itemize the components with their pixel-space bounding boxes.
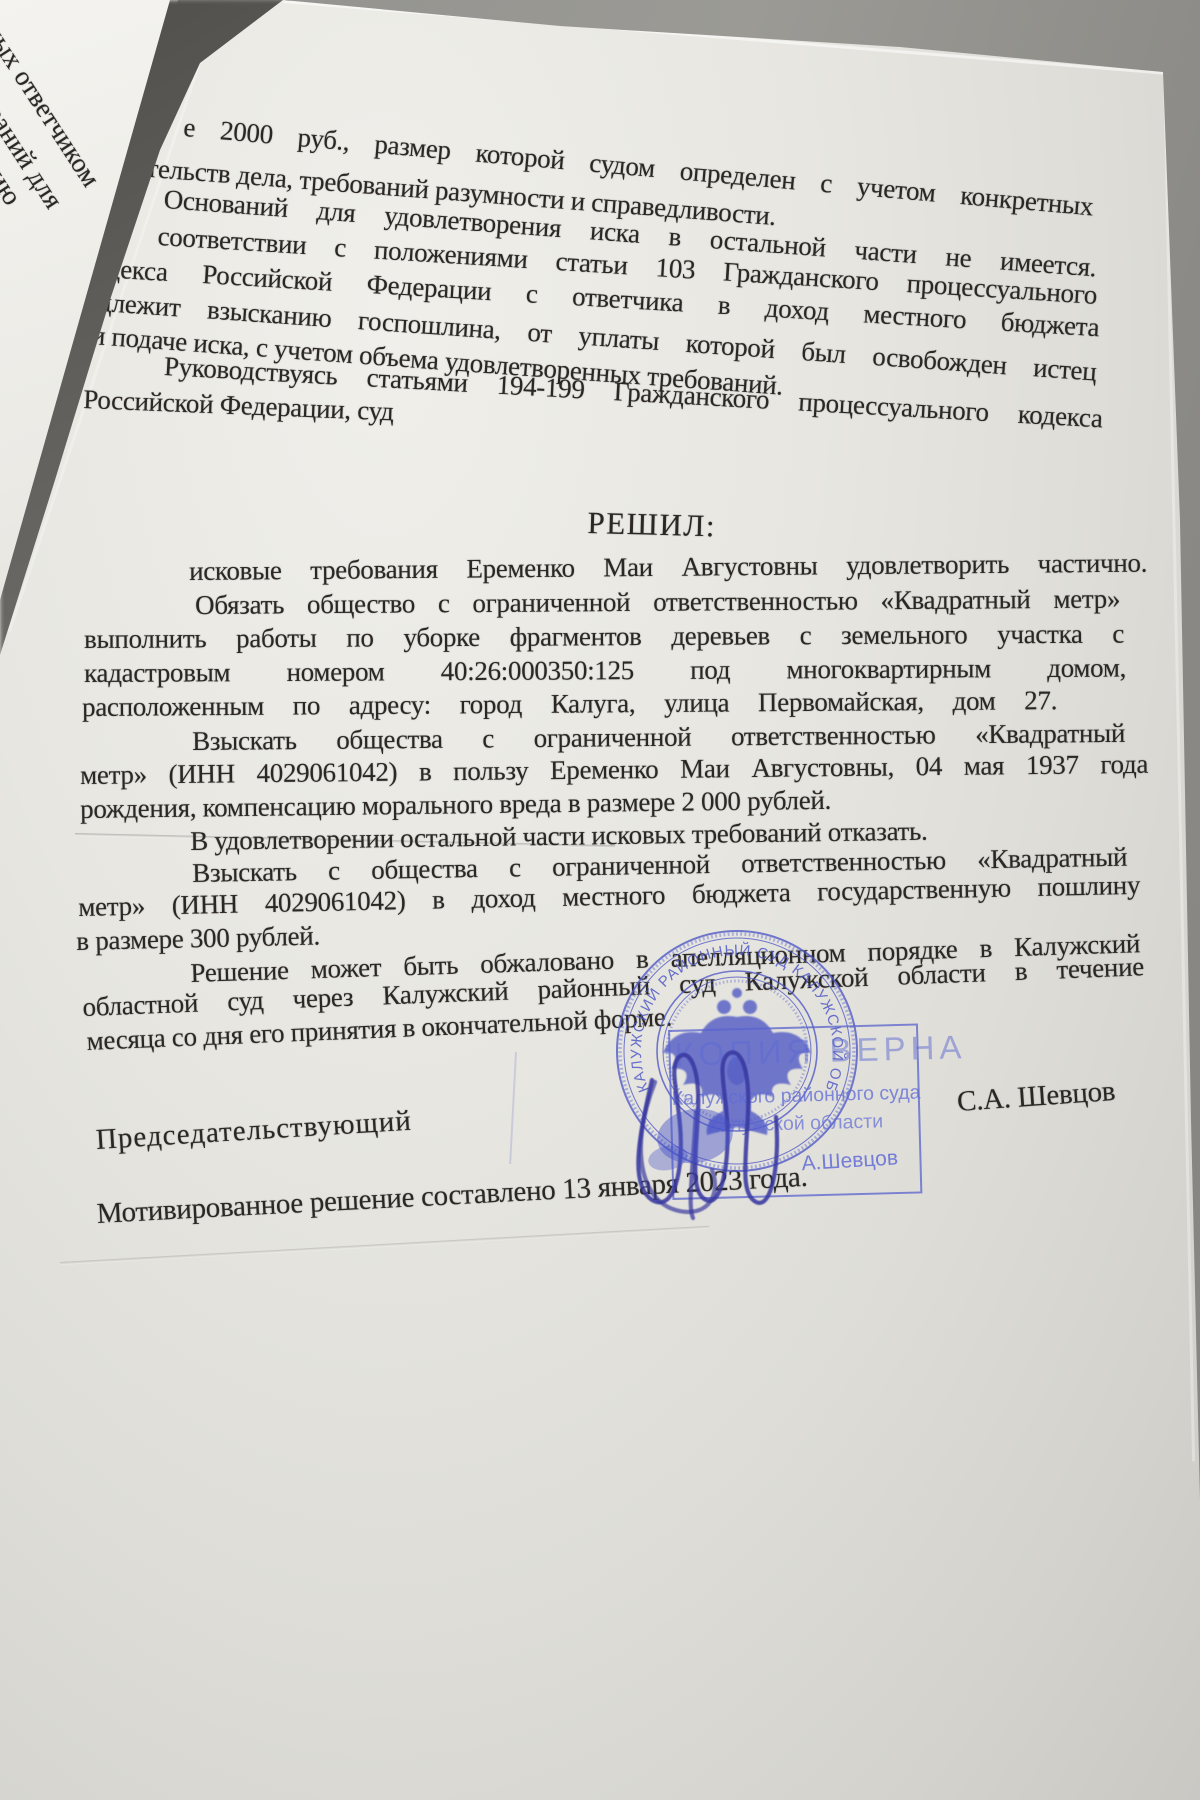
document-line: расположенным по адресу: город Калуга, у… <box>82 685 1057 723</box>
ink-blot <box>646 1103 737 1174</box>
document-line: исковые требования Еременко Маи Августов… <box>189 548 1147 587</box>
decision-heading: РЕШИЛ: <box>587 505 716 544</box>
faint-blue-mark <box>509 1052 517 1164</box>
court-decision-page: е 2000 руб., размер которой судом опреде… <box>0 0 1200 1800</box>
judge-pen-signature <box>600 1020 820 1240</box>
document-line: кадастровым номером 40:26:000350:125 под… <box>84 653 1126 689</box>
document-line: Председательствующий <box>95 1105 413 1157</box>
document-line: выполнить работы по уборке фрагментов де… <box>84 619 1124 655</box>
document-line: в размере 300 рублей. <box>76 920 320 957</box>
document-line: Обязать общество с ограниченной ответств… <box>195 584 1120 621</box>
document-line: С.А. Шевцов <box>956 1075 1116 1119</box>
